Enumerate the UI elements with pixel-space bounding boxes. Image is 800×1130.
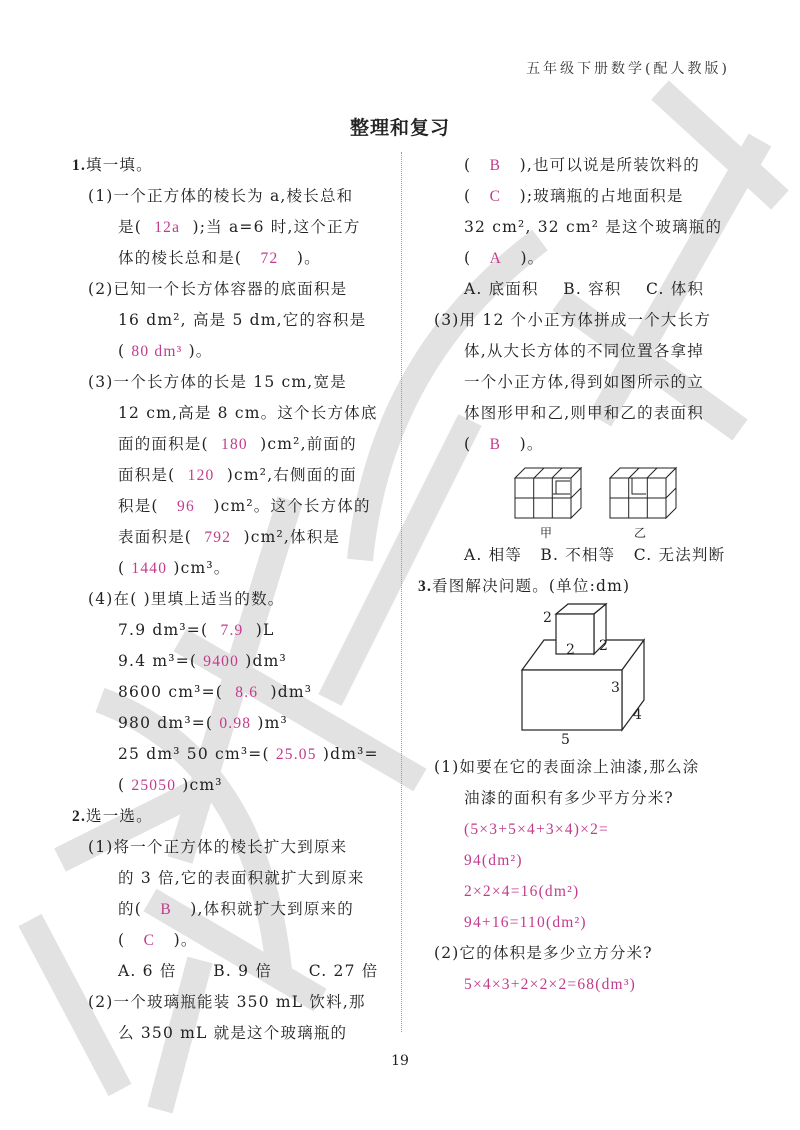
q1-heading: 1.填一填。 [72, 150, 392, 181]
answer: 12a [154, 219, 180, 236]
q2-3-options: A. 相等 B. 不相等 C. 无法判断 [418, 540, 758, 571]
conversion-row: 9.4 m³=( 9400 )dm³ [72, 646, 392, 677]
answer: 25.05 [276, 746, 317, 763]
solution-line: 94+16=110(dm²) [418, 907, 758, 938]
q1-2-line: 16 dm², 高是 5 dm,它的容积是 [72, 305, 392, 336]
q2-2-line: ( A )。 [418, 243, 758, 274]
q1-3-line: 面积是( 120 )cm²,右侧面的面 [72, 460, 392, 491]
q2-3-line: 体,从大长方体的不同位置各拿掉 [418, 336, 758, 367]
q2-1-line: ( C )。 [72, 925, 392, 956]
solution-line: (5×3+5×4+3×4)×2= [418, 814, 758, 845]
conversion-row: 980 dm³=( 0.98 )m³ [72, 708, 392, 739]
q3-1-line: (1)如要在它的表面涂上油漆,那么涂 [418, 752, 758, 783]
figure-label-yi: 乙 [634, 524, 646, 541]
solid-figure: 2 2 2 3 4 5 [418, 602, 758, 742]
figure-jia [513, 464, 603, 524]
q1-1-line: 体的棱长总和是( 72 )。 [72, 243, 392, 274]
left-column: 1.填一填。 (1)一个正方体的棱长为 a,棱长总和 是( 12a );当 a=… [72, 150, 392, 1049]
conversion-row: 25 dm³ 50 cm³=( 25.05 )dm³= [72, 739, 392, 770]
q2-2-line: (2)一个玻璃瓶能装 350 mL 饮料,那 [72, 987, 392, 1018]
dim-height: 3 [611, 680, 620, 696]
answer: B [490, 157, 502, 174]
book-header: 五年级下册数学(配人教版) [526, 58, 730, 78]
answer: 96 [177, 498, 195, 515]
q1-3-line: ( 1440 )cm³。 [72, 553, 392, 584]
dim-cube-front: 2 [566, 642, 575, 658]
conversion-row: 8600 cm³=( 8.6 )dm³ [72, 677, 392, 708]
q2-1-line: (1)将一个正方体的棱长扩大到原来 [72, 832, 392, 863]
answer: 9400 [203, 653, 239, 670]
conversion-row: ( 25050 )cm³ [72, 770, 392, 801]
q1-3-line: 表面积是( 792 )cm²,体积是 [72, 522, 392, 553]
answer: 0.98 [219, 715, 251, 732]
q2-1-options: A. 6 倍 B. 9 倍 C. 27 倍 [72, 956, 392, 987]
page-title: 整理和复习 [0, 113, 800, 140]
dim-width: 4 [633, 707, 642, 723]
answer: 72 [261, 250, 279, 267]
answer: 7.9 [221, 622, 244, 639]
q2-heading: 2.选一选。 [72, 801, 392, 832]
figure-yi [608, 464, 698, 524]
answer: 792 [204, 529, 231, 546]
q3-1-line: 油漆的面积有多少平方分米? [418, 783, 758, 814]
solution-line: 2×2×4=16(dm²) [418, 876, 758, 907]
stacked-boxes-diagram [508, 602, 728, 742]
column-divider [401, 152, 402, 1032]
q1-1-line: 是( 12a );当 a=6 时,这个正方 [72, 212, 392, 243]
q1-3-line: 12 cm,高是 8 cm。这个长方体底 [72, 398, 392, 429]
dim-cube-edge: 2 [543, 610, 552, 626]
answer: B [490, 436, 502, 453]
q1-3-line: 面的面积是( 180 )cm²,前面的 [72, 429, 392, 460]
dim-length: 5 [561, 732, 570, 748]
answer: C [144, 932, 156, 949]
q2-3-line: 一个小正方体,得到如图所示的立 [418, 367, 758, 398]
dim-cube-side: 2 [599, 638, 608, 654]
page-number: 19 [0, 1053, 800, 1069]
answer: 120 [188, 467, 215, 484]
solution-line: 94(dm²) [418, 845, 758, 876]
q2-1-line: 的 3 倍,它的表面积就扩大到原来 [72, 863, 392, 894]
q1-2-line: (2)已知一个长方体容器的底面积是 [72, 274, 392, 305]
q1-3-line: 积是( 96 )cm²。这个长方体的 [72, 491, 392, 522]
cube-figures: 甲 乙 [468, 460, 758, 540]
q3-heading: 3.看图解决问题。(单位:dm) [418, 571, 758, 602]
answer: B [160, 901, 172, 918]
answer: A [490, 250, 502, 267]
answer: 8.6 [235, 684, 258, 701]
q2-3-line: 体图形甲和乙,则甲和乙的表面积 [418, 398, 758, 429]
q1-2-line: ( 80 dm³ )。 [72, 336, 392, 367]
answer: C [490, 188, 502, 205]
q2-3-line: ( B )。 [418, 429, 758, 460]
answer: 180 [221, 436, 248, 453]
conversion-row: 7.9 dm³=( 7.9 )L [72, 615, 392, 646]
figure-label-jia: 甲 [540, 524, 552, 541]
q2-1-line: 的( B ),体积就扩大到原来的 [72, 894, 392, 925]
solution-line: 5×4×3+2×2×2=68(dm³) [418, 969, 758, 1000]
q1-3-line: (3)一个长方体的长是 15 cm,宽是 [72, 367, 392, 398]
q2-2-line: ( B ),也可以说是所装饮料的 [418, 150, 758, 181]
q2-2-line: 32 cm², 32 cm² 是这个玻璃瓶的 [418, 212, 758, 243]
q2-2-line: 么 350 mL 就是这个玻璃瓶的 [72, 1018, 392, 1049]
q2-2-options: A. 底面积 B. 容积 C. 体积 [418, 274, 758, 305]
answer: 80 dm³ [131, 343, 182, 360]
q2-3-line: (3)用 12 个小正方体拼成一个大长方 [418, 305, 758, 336]
answer: 1440 [131, 560, 167, 577]
q2-2-line: ( C );玻璃瓶的占地面积是 [418, 181, 758, 212]
answer: 25050 [131, 777, 176, 794]
q1-1-line: (1)一个正方体的棱长为 a,棱长总和 [72, 181, 392, 212]
q3-2-line: (2)它的体积是多少立方分米? [418, 938, 758, 969]
q1-4-line: (4)在( )里填上适当的数。 [72, 584, 392, 615]
right-column: ( B ),也可以说是所装饮料的 ( C );玻璃瓶的占地面积是 32 cm²,… [418, 150, 758, 1000]
